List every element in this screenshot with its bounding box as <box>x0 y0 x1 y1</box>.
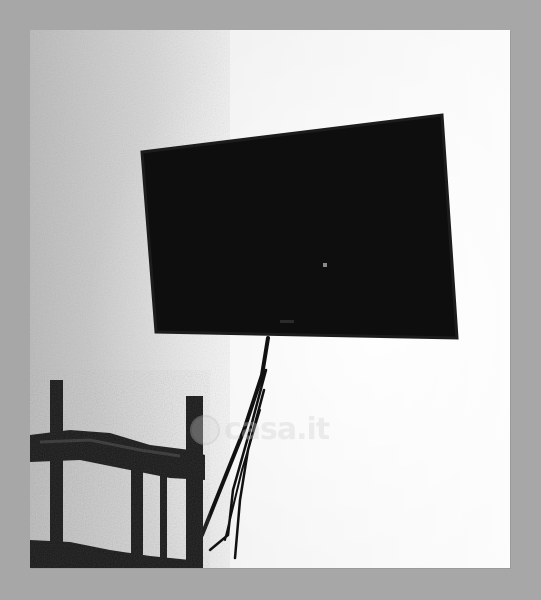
casa-logo-icon <box>190 415 220 445</box>
watermark: casa.it <box>190 412 329 447</box>
tv-led-indicator <box>323 263 327 267</box>
tv-screen <box>142 115 457 338</box>
photo: casa.it <box>30 30 510 568</box>
watermark-text: casa.it <box>224 412 329 447</box>
tv-scene <box>30 30 510 568</box>
